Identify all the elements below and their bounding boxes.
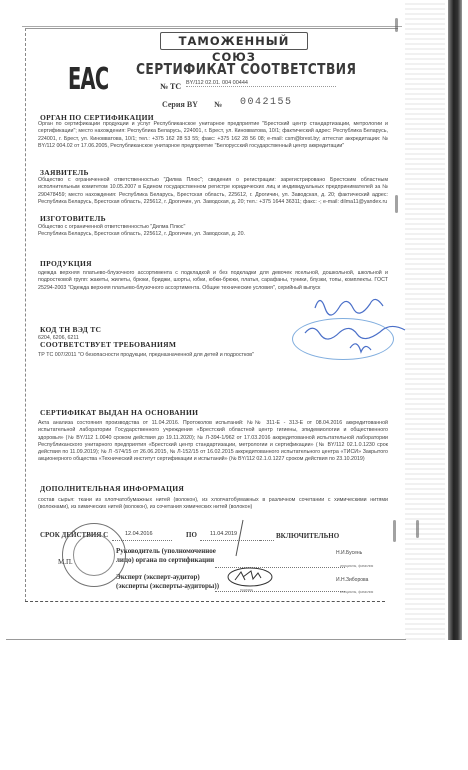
head-name: Н.И.Бусень bbox=[336, 550, 362, 556]
scan-edge-band bbox=[448, 0, 462, 640]
manufacturer-line-2: Республика Беларусь, Брестская область, … bbox=[38, 231, 388, 238]
tc-number-value: BY/112 02.01. 004 00444 bbox=[186, 80, 336, 87]
applicant-text: Общество с ограниченной ответственностью… bbox=[38, 177, 388, 206]
official-seal-stamp bbox=[62, 523, 126, 587]
series-label: Серия BY bbox=[162, 100, 198, 109]
head-label-line-1: Руководитель (уполномоченное bbox=[116, 547, 216, 556]
heading-complies: СООТВЕТСТВУЕТ ТРЕБОВАНИЯМ bbox=[40, 340, 176, 349]
scan-smudge bbox=[395, 18, 398, 32]
tc-number-label: № ТС bbox=[160, 82, 181, 91]
certification-body-text: Орган по сертификации продукции и услуг … bbox=[38, 121, 388, 150]
scan-smudge bbox=[393, 520, 396, 542]
head-signature-mark bbox=[228, 518, 248, 558]
validity-to-label: ПО bbox=[186, 531, 197, 540]
heading-tn-ved: КОД ТН ВЭД ТС bbox=[40, 325, 101, 334]
top-border-line bbox=[22, 26, 402, 27]
validity-inclusive-label: ВКЛЮЧИТЕЛЬНО bbox=[276, 532, 339, 541]
scan-smudge bbox=[416, 520, 419, 538]
heading-applicant: ЗАЯВИТЕЛЬ bbox=[40, 168, 89, 177]
heading-additional-info: ДОПОЛНИТЕЛЬНАЯ ИНФОРМАЦИЯ bbox=[40, 484, 184, 493]
inclusive-underline bbox=[260, 540, 274, 541]
heading-manufacturer: ИЗГОТОВИТЕЛЬ bbox=[40, 214, 106, 223]
heading-basis: СЕРТИФИКАТ ВЫДАН НА ОСНОВАНИИ bbox=[40, 408, 198, 417]
expert-signature-mark bbox=[225, 565, 275, 589]
expert-signature-line bbox=[215, 591, 345, 592]
certificate-page: ТАМОЖЕННЫЙ СОЮЗ ЕАС СЕРТИФИКАТ СООТВЕТСТ… bbox=[0, 0, 468, 770]
scan-smudge bbox=[395, 195, 398, 213]
series-no-label: № bbox=[214, 100, 222, 109]
blue-handwritten-annotation bbox=[295, 288, 415, 363]
additional-info-text: состав сырья: ткани из хлопчатобумажных … bbox=[38, 497, 388, 512]
validity-date-from: 12.04.2016 bbox=[125, 531, 153, 537]
eac-mark-logo: ЕАС bbox=[68, 62, 108, 97]
certificate-title: СЕРТИФИКАТ СООТВЕТСТВИЯ bbox=[136, 60, 356, 78]
expert-label-line-1: Эксперт (эксперт-аудитор) bbox=[116, 573, 200, 582]
series-number: 0042155 bbox=[240, 97, 293, 108]
expert-initials-caption: инициалы, фамилия bbox=[340, 590, 373, 594]
head-label-line-2: лицо) органа по сертификации bbox=[116, 556, 214, 565]
heading-product: ПРОДУКЦИЯ bbox=[40, 259, 92, 268]
basis-text: Акта анализа состояния производства от 1… bbox=[38, 420, 388, 464]
bottom-dashed-border bbox=[25, 601, 385, 602]
head-initials-caption: инициалы, фамилия bbox=[340, 564, 373, 568]
expert-label-line-2: (эксперты (эксперты-аудиторы)) bbox=[116, 582, 219, 591]
bottom-border-line bbox=[6, 639, 406, 640]
customs-union-banner: ТАМОЖЕННЫЙ СОЮЗ bbox=[160, 32, 308, 50]
expert-name: И.Н.Зиборова bbox=[336, 577, 368, 583]
